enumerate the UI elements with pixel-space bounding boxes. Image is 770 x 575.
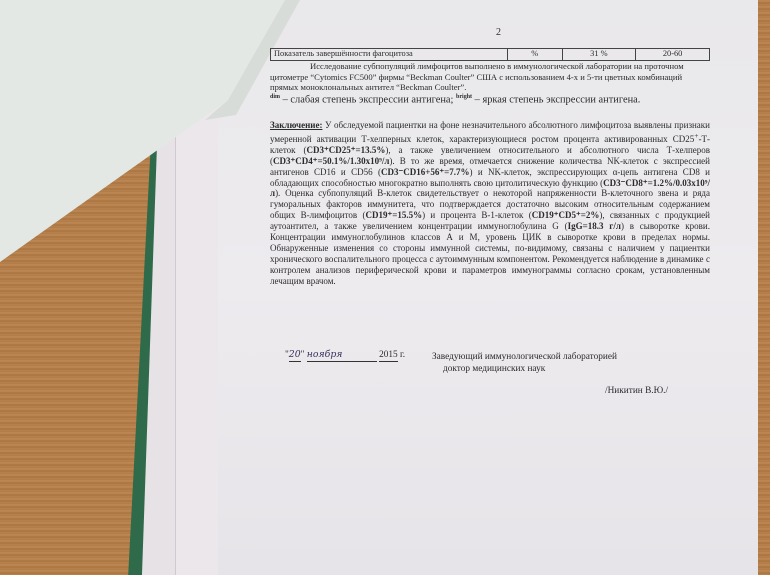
row-unit: %	[507, 49, 562, 61]
method-paragraph: Исследование субпопуляций лимфоцитов вып…	[270, 61, 710, 93]
marker-value: CD3⁺CD25⁺=13.5%	[306, 145, 385, 155]
conclusion-paragraph: Заключение: У обследуемой пациентки на ф…	[270, 120, 710, 287]
dim-text: – слабая степень экспрессии антигена;	[280, 94, 456, 105]
method-line-1: Исследование субпопуляций лимфоцитов вып…	[270, 61, 710, 72]
marker-value: CD19⁺CD5⁺=2%	[532, 210, 600, 220]
year-suffix: г.	[398, 350, 405, 360]
expression-legend: dim – слабая степень экспрессии антигена…	[270, 92, 640, 106]
signer-degree: доктор медицинских наук	[443, 364, 545, 375]
conclusion-text: У обследуемой пациентки на фоне незначит…	[270, 120, 710, 144]
row-value: 31 %	[562, 49, 636, 61]
marker-value: CD19⁺=15.5%	[365, 210, 422, 220]
marker-value: IgG=18.3 г/л	[568, 221, 621, 231]
method-line-2: цитометре “Cytomics FC500” фирмы “Beckma…	[270, 72, 710, 83]
row-reference: 20-60	[636, 49, 710, 61]
table-row: Показатель завершённости фагоцитоза % 31…	[271, 49, 710, 61]
marker-value: CD3⁺CD4⁺=50.1%/1.30x10⁹/л	[273, 156, 389, 166]
row-label: Показатель завершённости фагоцитоза	[271, 49, 508, 61]
bright-text: – яркая степень экспрессии антигена.	[472, 94, 640, 105]
date: "20" ноября 2015 г.	[285, 350, 405, 362]
marker-value: CD3⁻CD16+56⁺=7.7%	[381, 167, 470, 177]
phagocytosis-table: Показатель завершённости фагоцитоза % 31…	[270, 48, 710, 61]
handwritten-day: 20	[289, 350, 301, 362]
bright-superscript: bright	[456, 94, 472, 100]
page-number: 2	[496, 28, 501, 39]
year: 2015	[379, 350, 398, 362]
signer-name: /Никитин В.Ю./	[605, 386, 668, 397]
handwritten-month: ноября	[307, 350, 377, 362]
conclusion-title: Заключение:	[270, 120, 322, 130]
conclusion-text: ) и процента В-1-клеток (	[422, 210, 532, 220]
signer-role: Заведующий иммунологической лабораторией	[432, 352, 617, 363]
dim-superscript: dim	[270, 94, 280, 100]
